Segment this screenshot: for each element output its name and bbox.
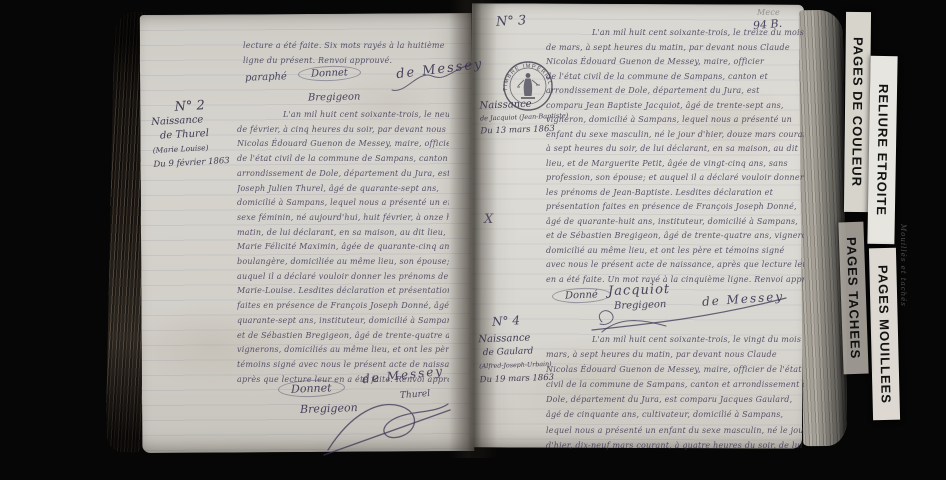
- strip-pages-mouillees: PAGES MOUILLEES: [869, 248, 900, 421]
- handwritten-line: comparu Jean Baptiste Jacquiot, âgé de t…: [546, 99, 804, 114]
- act3-number: N° 3: [496, 13, 527, 30]
- strip-reliure-etroite: RELIURE ETROITE: [867, 56, 897, 244]
- handwritten-line: avec nous le présent acte de naissance, …: [546, 258, 804, 273]
- handwritten-line: Dole, département du Jura, est comparu J…: [546, 392, 804, 407]
- handwritten-line: vignerons, domiciliés au même lieu, et o…: [237, 343, 449, 358]
- handwritten-line: auquel il a déclaré vouloir donner les p…: [237, 270, 449, 285]
- handwritten-line: de l'état civil de la commune de Sampans…: [546, 70, 804, 85]
- handwritten-line: et de Sébastien Bregigeon, âgé de trente…: [546, 229, 804, 244]
- handwritten-line: Marie Félicité Maximin, âgée de quarante…: [237, 240, 449, 255]
- handwritten-line: enfant du sexe masculin, né le jour d'hi…: [546, 128, 804, 143]
- handwritten-line: quarante-sept ans, instituteur, domicili…: [237, 314, 449, 329]
- handwritten-line: à sept heures du soir, de lui déclarant,…: [546, 142, 804, 157]
- handwritten-line: de mars, à sept heures du matin, par dev…: [546, 41, 804, 56]
- act4-body-text: L'an mil huit cent soixante-trois, le vi…: [546, 332, 804, 453]
- handwritten-line: et de Sébastien Bregigeon, âgé de trente…: [237, 329, 449, 344]
- handwritten-line: sexe féminin, né aujourd'hui, huit févri…: [237, 211, 449, 226]
- handwritten-line: L'an mil huit cent soixante-trois, le vi…: [546, 332, 804, 347]
- act2-body-text: L'an mil huit cent soixante-trois, le ne…: [237, 108, 449, 387]
- act4-number: N° 4: [492, 313, 521, 328]
- handwritten-line: arrondissement de Dole, département du J…: [546, 84, 804, 99]
- handwritten-line: vigneron, domicilié à Sampans, lequel no…: [546, 113, 804, 128]
- handwritten-line: lieu, et de Marguerite Petit, âgée de vi…: [546, 157, 804, 172]
- corner-pencil-note: Mece: [757, 8, 780, 17]
- grand-paraph-flourish: [322, 392, 454, 458]
- act3-body-text: L'an mil huit cent soixante-trois, le tr…: [546, 26, 804, 287]
- handwritten-line: civil de la commune de Sampans, canton e…: [546, 377, 804, 392]
- handwritten-line: les prénoms de Jean-Baptiste. Lesdites d…: [546, 186, 804, 201]
- margin-x-mark: X: [484, 212, 493, 227]
- handwritten-line: lecture a été faite. Six mots rayés à la…: [243, 38, 453, 53]
- handwritten-line: d'hier, dix-neuf mars courant, à quatre …: [546, 438, 804, 453]
- signature-paraphe-label: paraphé: [245, 71, 287, 83]
- register-scan-photo: lecture a été faite. Six mots rayés à la…: [0, 0, 946, 480]
- handwritten-line: Nicolas Édouard Guenon de Messey, maire,…: [237, 137, 449, 152]
- margin-note-act4: Naissance de Gaulard (Alfred-Joseph-Urba…: [478, 331, 554, 388]
- handwritten-line: faites en présence de François Joseph Do…: [237, 299, 449, 314]
- handwritten-line: âgé de quarante-huit ans, instituteur, d…: [546, 215, 804, 230]
- signature-flourish-top: [388, 58, 476, 98]
- handwritten-line: L'an mil huit cent soixante-trois, le ne…: [237, 108, 449, 123]
- handwritten-line: de février, à cinq heures du soir, par d…: [237, 123, 449, 138]
- handwritten-line: Marie-Louise. Lesdites déclaration et pr…: [237, 284, 449, 299]
- handwritten-line: Joseph Julien Thurel, âgé de quarante-se…: [237, 182, 449, 197]
- handwritten-line: de l'état civil de la commune de Sampans…: [237, 152, 449, 167]
- handwritten-line: Nicolas Édouard Guenon de Messey, maire,…: [546, 55, 804, 70]
- handwritten-line: Nicolas Édouard Guenon de Messey, maire,…: [546, 362, 804, 377]
- strip-pages-tachees: PAGES TACHEES: [838, 222, 868, 375]
- act4-date: Du 19 mars 1863: [479, 371, 554, 387]
- strip-pages-de-couleur: PAGES DE COULEUR: [844, 12, 871, 212]
- handwritten-line: mars, à sept heures du matin, par devant…: [546, 347, 804, 362]
- handwritten-line: en a été faite. Un mot rayé à la cinquiè…: [546, 273, 804, 288]
- faint-handwritten-side-note: Mouillés et tachés: [899, 224, 907, 316]
- handwritten-line: domicilié à Sampans, lequel nous a prése…: [237, 196, 449, 211]
- handwritten-line: lequel nous a présenté un enfant du sexe…: [546, 423, 804, 438]
- handwritten-line: boulangère, domiciliée au même lieu, son…: [237, 255, 449, 270]
- handwritten-line: arrondissement de Dole, département du J…: [237, 167, 449, 182]
- margin-note-act2: N° 2 Naissance de Thurel (Marie Louise) …: [150, 98, 230, 172]
- handwritten-line: L'an mil huit cent soixante-trois, le tr…: [546, 26, 804, 41]
- handwritten-line: profession, son épouse; et auquel il a d…: [546, 171, 804, 186]
- handwritten-line: présentation faites en présence de Franç…: [546, 200, 804, 215]
- signature-bregigeon-top: Bregigeon: [308, 92, 361, 104]
- handwritten-line: âgé de cinquante ans, cultivateur, domic…: [546, 407, 804, 422]
- handwritten-line: matin, de lui déclarant, en sa maison, a…: [237, 226, 449, 241]
- handwritten-line: domicilié au même lieu, et ont les père …: [546, 244, 804, 259]
